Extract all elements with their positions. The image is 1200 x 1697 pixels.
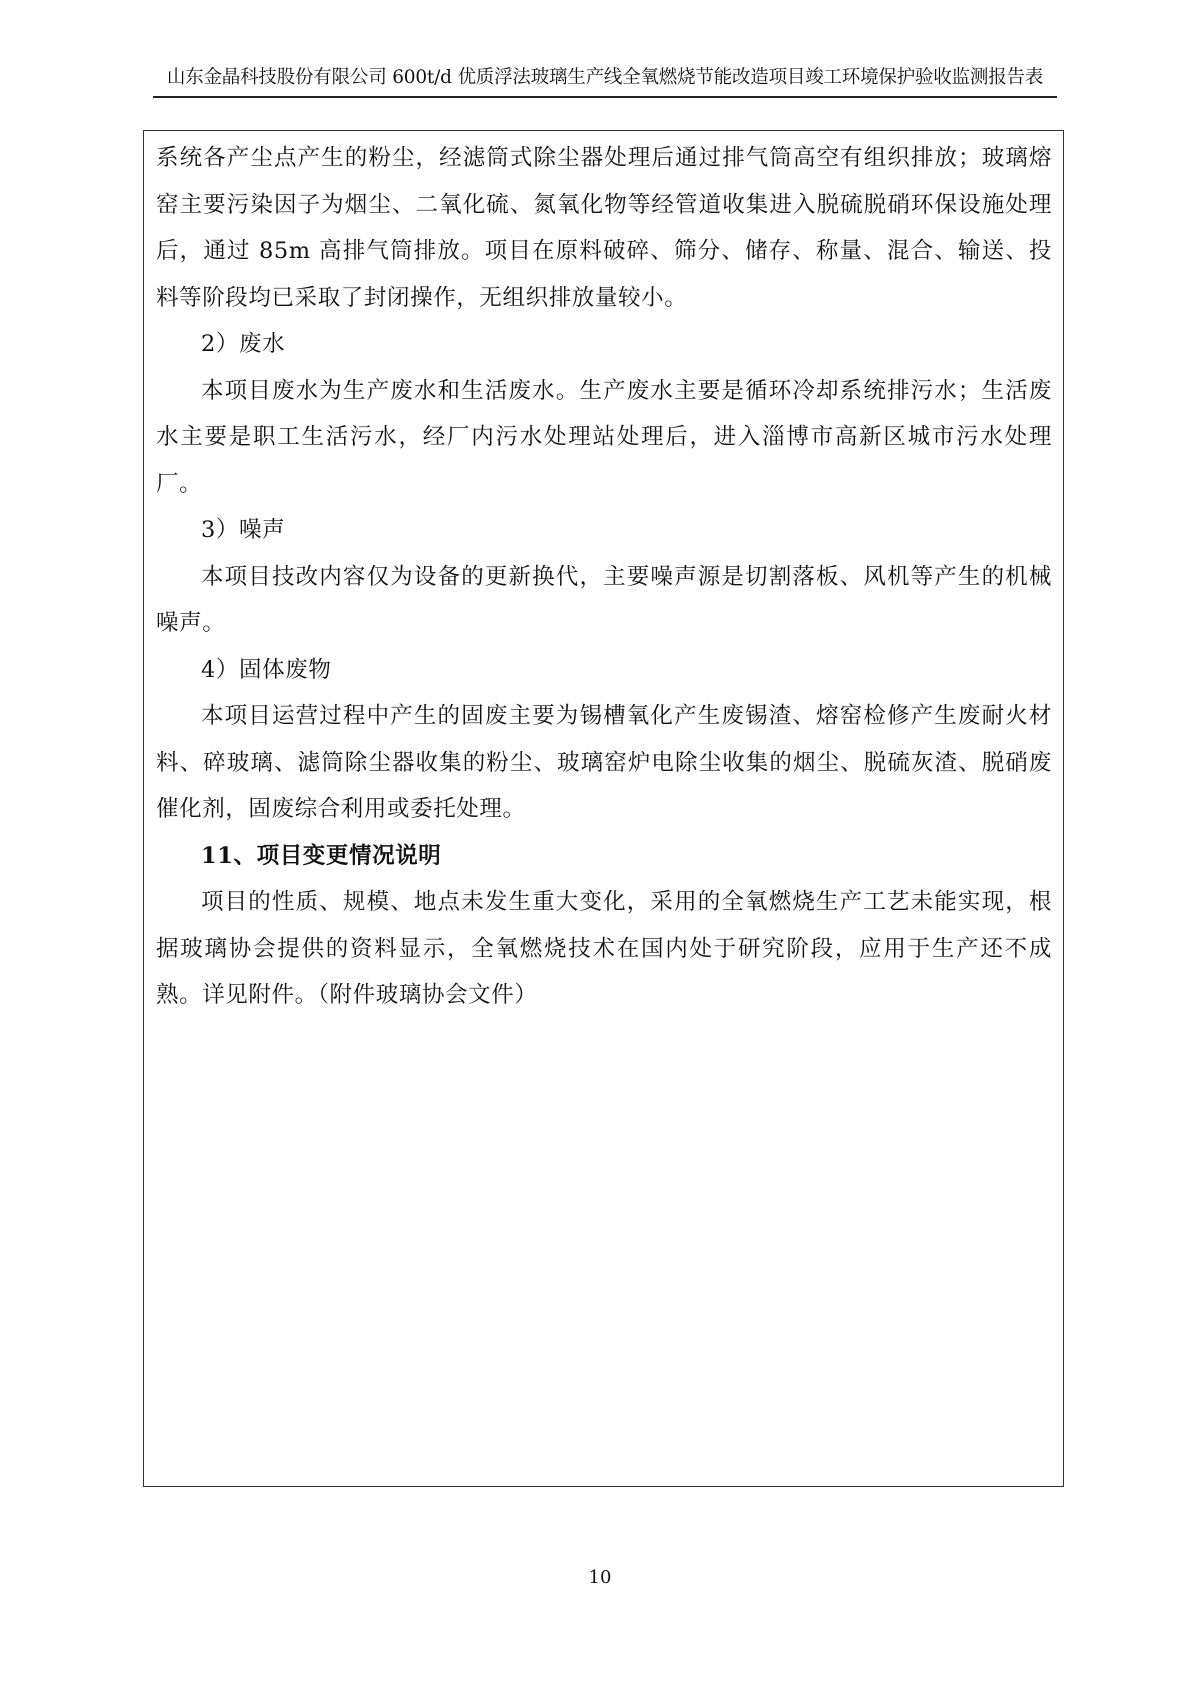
noise-paragraph: 本项目技改内容仅为设备的更新换代，主要噪声源是切割落板、风机等产生的机械噪声。 bbox=[156, 554, 1052, 647]
section-11-paragraph: 项目的性质、规模、地点未发生重大变化，采用的全氧燃烧生产工艺未能实现，根据玻璃协… bbox=[156, 879, 1052, 1019]
solid-waste-paragraph: 本项目运营过程中产生的固废主要为锡槽氧化产生废锡渣、熔窑检修产生废耐火材料、碎玻… bbox=[156, 693, 1052, 833]
section-11-title: 11、项目变更情况说明 bbox=[156, 833, 1052, 880]
report-body: 系统各产尘点产生的粉尘，经滤筒式除尘器处理后通过排气筒高空有组织排放；玻璃熔窑主… bbox=[156, 135, 1052, 1019]
wastewater-heading: 2）废水 bbox=[156, 321, 1052, 368]
wastewater-paragraph: 本项目废水为生产废水和生活废水。生产废水主要是循环冷却系统排污水；生活废水主要是… bbox=[156, 368, 1052, 508]
page-number: 10 bbox=[0, 1566, 1200, 1590]
noise-heading: 3）噪声 bbox=[156, 507, 1052, 554]
solid-waste-heading: 4）固体废物 bbox=[156, 647, 1052, 694]
header-divider bbox=[153, 96, 1057, 98]
page-header-title: 山东金晶科技股份有限公司 600t/d 优质浮法玻璃生产线全氧燃烧节能改造项目竣… bbox=[153, 66, 1057, 90]
report-table-cell: 系统各产尘点产生的粉尘，经滤筒式除尘器处理后通过排气筒高空有组织排放；玻璃熔窑主… bbox=[143, 130, 1064, 1487]
air-emissions-paragraph: 系统各产尘点产生的粉尘，经滤筒式除尘器处理后通过排气筒高空有组织排放；玻璃熔窑主… bbox=[156, 135, 1052, 321]
